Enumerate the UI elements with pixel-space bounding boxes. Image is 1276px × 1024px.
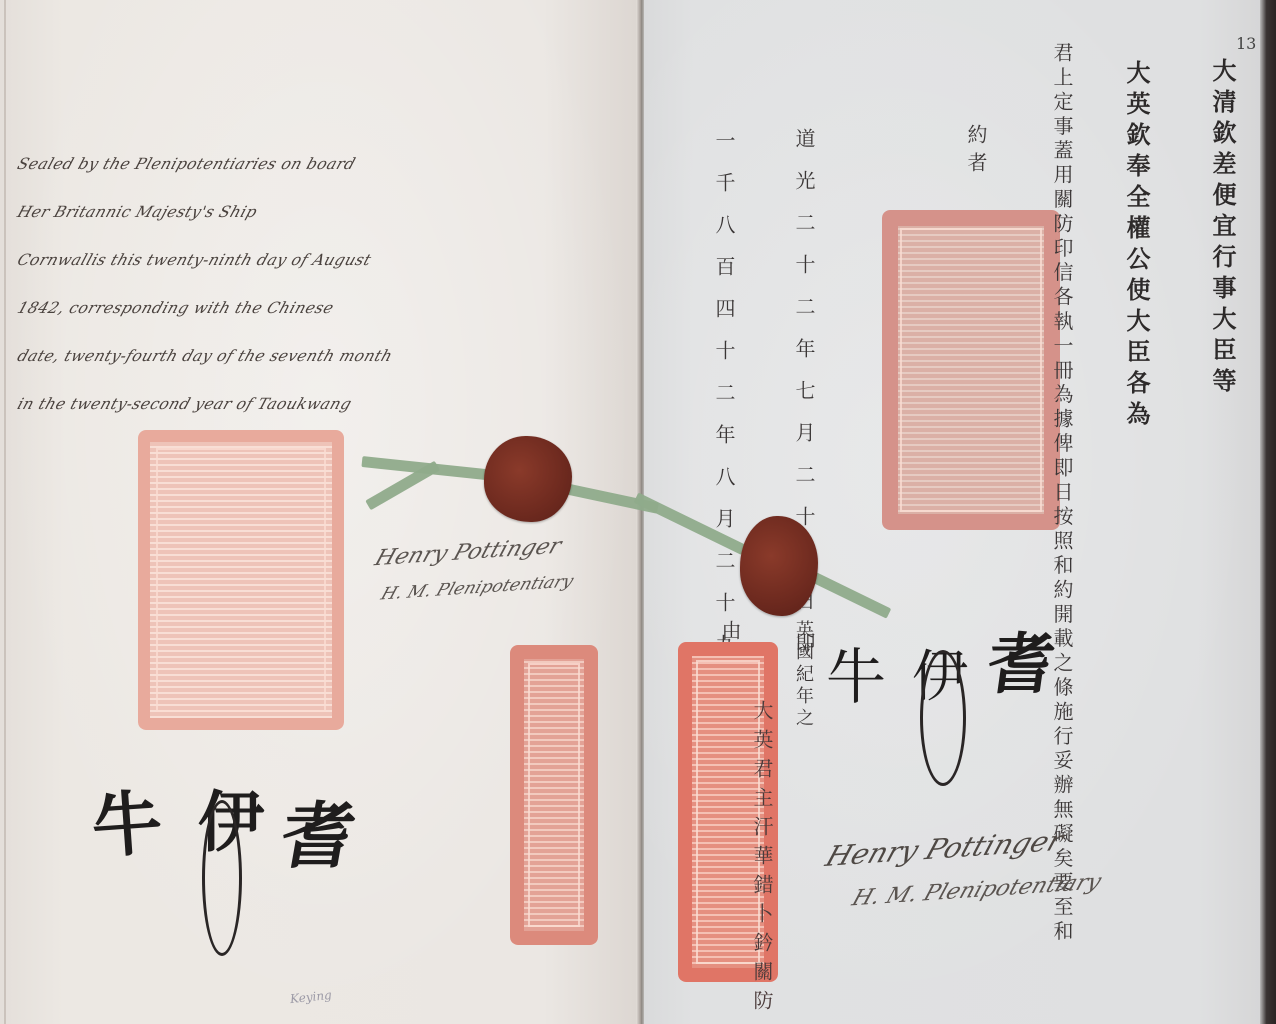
signature-oval: [202, 800, 242, 956]
signature-oval-right: [920, 650, 966, 786]
clause-line: date, twenty-fourth day of the seventh m…: [10, 332, 506, 380]
english-signature-left: Henry Pottinger: [372, 534, 565, 571]
seal-inner-border: [156, 448, 326, 712]
english-signature-right: Henry Pottinger: [822, 824, 1068, 873]
clause-line: 1842, corresponding with the Chinese: [10, 284, 506, 332]
red-seal-left-large: [138, 430, 344, 730]
english-signature-title-left: H. M. Plenipotentiary: [378, 572, 576, 605]
chinese-signature-right-3: 耆: [983, 632, 1058, 698]
column-english-era: 英國紀年之: [794, 620, 812, 730]
clause-line: Cornwallis this twenty-ninth day of Augu…: [10, 236, 506, 284]
column-qing-officials: 大清欽差便宜行事大臣等: [1210, 58, 1234, 399]
page-number: 13: [1236, 34, 1256, 53]
right-page: 13 大清欽差便宜行事大臣等 大英欽奉全權公使大臣各為 君上定事蓋用關防印信各執…: [644, 0, 1260, 1024]
chinese-signature-3: 耆: [276, 800, 361, 872]
signature-title: H. M. Plenipotentiary: [378, 572, 576, 605]
column-british-sovereign: 大英君主汗華錯卜鈐關防: [752, 700, 772, 1019]
english-sealing-clause: Sealed by the Plenipotentiaries on board…: [18, 140, 498, 428]
seal-inner-border: [528, 663, 580, 927]
document-spread: Sealed by the Plenipotentiaries on board…: [0, 0, 1276, 1024]
chinese-signature-right-1: 牛: [826, 648, 886, 708]
red-seal-left-narrow: [510, 645, 598, 945]
column-main-text: 君上定事蓋用關防印信各執一冊為據俾即日按照和約開載之條施行妥辦無礙矣要至和: [1052, 42, 1072, 945]
red-seal-right-large: [882, 210, 1060, 530]
book-right-edge: [1260, 0, 1276, 1024]
wax-seal-left: [484, 436, 572, 522]
column-yue-zhe: 約者: [966, 124, 986, 180]
clause-line: Sealed by the Plenipotentiaries on board: [10, 140, 506, 188]
chinese-signature-1: 牛: [90, 788, 165, 863]
pencil-note: Keying: [289, 988, 332, 1006]
signature-name: Henry Pottinger: [372, 534, 565, 571]
signature-name: Henry Pottinger: [822, 824, 1068, 873]
seal-inner-border: [900, 228, 1042, 512]
clause-line: in the twenty-second year of Taoukwang: [10, 380, 506, 428]
column-british-officials: 大英欽奉全權公使大臣各為: [1124, 60, 1148, 432]
wax-seal-right: [740, 516, 818, 616]
clause-line: Her Britannic Majesty's Ship: [10, 188, 506, 236]
